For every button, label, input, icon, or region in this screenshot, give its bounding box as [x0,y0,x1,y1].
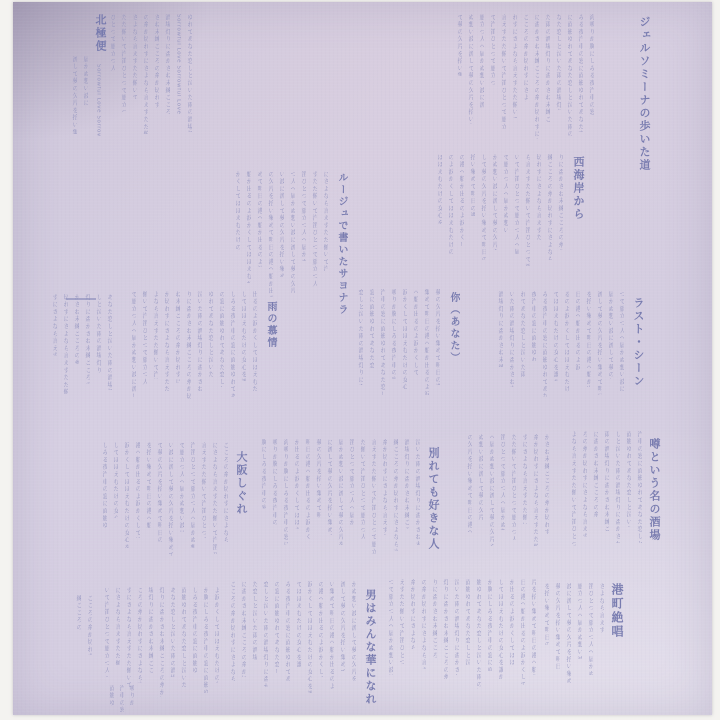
lyrics-column: 言えずただ俯いて汽笛ひとつで旅立つ [500,14,506,132]
lyrics-column: いた雨の酒場灯りに盃かさね未 [508,291,514,387]
lyrics-column: で旅立つ人へ届かぬ想い波に流し [130,291,136,397]
lyrics-column: に面影ゆれてあなた恋しと泣いた雨の酒 [566,14,572,138]
lyrics-column: で旅立つ人へ届かぬ想い波に [178,442,184,532]
song-title: 別れても好きな人 [428,447,439,551]
lyrics-column: ころの糸が切れずにさよなら言 [136,587,142,683]
lyrics-column: 笛ひとつで旅立つ人へ届かぬ想 [499,434,505,530]
lyrics-column: 雨の酒場灯りに盃かさね未練ご [603,431,609,531]
lyrics-column: 窓に面影ゆれてあなた恋 [368,289,374,369]
lyrics-column: えずただ俯いて汽笛ひとつ [398,579,404,665]
lyrics-column: が胸にしみる夜汽車の窓に面影ゆ [202,587,208,693]
lyrics-column-romaji: Sorrowful Love Sorrowful Love [175,14,181,124]
lyrics-column: みる夜汽車の窓に面影ゆれてあなた恋 [577,14,583,132]
lyrics-column: て夢の欠片を拾い集 [456,14,462,76]
lyrics-column: かさね未練ごころの糸 [73,294,79,364]
song-title: 雨の慕情 [265,301,275,349]
lyrics-column: 笛ひとつで旅立つ人へ届かぬ [300,171,306,261]
lyrics-column: ただ俯いて汽笛ひとつで旅立つ人 [510,434,516,540]
song-title: 你（あなた） [448,292,458,364]
lyrics-column: あなた恋しと泣いた雨の酒場 [169,587,175,677]
lyrics-column: ぬ想い波に流して夢の欠片 [477,434,483,520]
lyrics-column: 届かぬ想い波に流して夢の欠 [607,291,613,379]
lyrics-column: かくしてほほえむだけの [234,171,240,251]
lyrics-column: さね未練ごころの糸が切れずに [153,14,159,109]
lyrics-column: へ船が出るのよ涙かくして [412,289,418,375]
lyrics-column: つで旅立つ人へ届かぬ想い波に [387,579,393,675]
lyrics-column: 届かぬ想い波に [82,56,88,108]
lyrics-column: を拾い集めて明日の [543,583,549,645]
lyrics-column: 流して夢の欠片を拾い集めて明日 [596,291,602,395]
lyrics-column: 恋しと泣いた雨の酒場灯りに盃 [357,289,363,385]
lyrics-column: 海鳴りが胸にしみる夜汽車の窓に [282,439,288,545]
lyrics-column: 面影ゆ [108,685,114,706]
lyrics-column: てほほえむだけの女心を誰が [295,581,301,669]
song-title: ラスト・シーン [633,297,644,388]
lyrics-column: ずにさよなら言えずただ俯いて [125,587,131,687]
lyrics-column: が出るのよ涙かくしてほほえ [508,579,514,667]
lyrics-column: に盃かさね未練ごころの糸が切 [240,581,246,677]
lyrics-column: 練ごころの糸が切れずにさよなら [546,154,552,260]
lyrics-column: て汽笛ひとつで旅立つ [489,14,495,86]
lyrics-column: ほほえむだけの女心を [436,154,442,224]
lyrics-column: を拾い集めて明日の港へ船が出 [585,291,591,387]
lyrics-column: いて汽笛ひとつで旅立つ人へ届 [513,154,519,254]
lyrics-column: 笛ひとつで旅立つ人へ届かぬ [587,583,593,675]
lyrics-column: 流して夢の欠片を拾い集 [71,56,77,134]
lyrics-column: ごころの糸が切れずにさよなら [222,442,228,542]
lyrics-column: のよ涙かくしてほほえむだけの女 [447,154,453,256]
lyrics-column: 言えずただ俯いて汽笛ひとつで [200,442,206,538]
lyrics-column: してほほえむだけの女心を誰 [240,291,246,381]
lyrics-column: ゆれてあなた恋しと泣いた [207,291,213,377]
lyrics-column: が出るのよ涙かくしてほほえ [293,439,299,529]
lyrics-column: ずにさよなら言えず [51,294,57,356]
lyrics-column: 灯りに盃かさね未練ごころの糸が切 [158,587,164,697]
song-title: 大阪しぐれ [236,451,247,516]
lyrics-column: 鳴りが胸にしみる夜汽車の窓 [390,289,396,379]
lyrics-column: ゆれてあなた恋しと泣いた雨の酒場灯 [186,14,192,132]
lyrics-column: てほほえむだけの女心を誰が [552,291,558,381]
lyrics-column: の欠片を拾い集めて明日の港へ [466,434,472,534]
song-title: ルージュで書いたサヨナラ [336,172,346,316]
lyrics-column: つ人へ届かぬ想い波に流して夢の欠片 [289,171,295,293]
lyrics-column: 船が出るのよ涙かくしてほほえむだ [245,171,251,283]
lyrics-column: ただ俯いて汽笛ひとつで旅立つ [120,14,126,112]
lyrics-column: 場灯りに盃かさね未練ごこ [147,587,153,673]
lyrics-column: 糸が切れずにさよなら言えずた [381,439,387,535]
lyrics-column: だ俯いて汽笛ひとつで旅立つ人 [359,439,365,539]
lyrics-column: めて明日の港へ船が出るのよ涙 [256,171,262,267]
lyrics-column: 胸にしみる夜汽車の窓 [260,439,266,509]
lyrics-column: してほほえむだけの女心を誰が [497,579,503,679]
lyrics-column: さよなら言えず [598,583,604,635]
lyrics-column: 酒場灯りに盃かさね未練ごころ [164,14,170,114]
lyrics-column: 面影ゆれてあなた恋しと泣いた [180,587,186,687]
lyrics-column: 夢の欠片を拾い集めて明日 [554,583,560,669]
lyrics-column: 港へ船が出るのよ涙かくしてほ [134,442,140,538]
lyrics-column: に盃かさね未練ごころの糸が [592,431,598,519]
lyrics-column: の港へ船が出るのよ涙かくし [458,154,464,246]
lyrics-column: 泣いた雨の酒場灯りに盃かさね [453,579,459,675]
lyrics-column: の窓に面影ゆれてあなた恋し [273,581,279,673]
lyrics-column: の窓に面影ゆれてあなた恋しと [218,291,224,387]
song-title: 北極便 [95,14,106,53]
lyrics-column: 切れずにさよなら言えずただ [535,154,541,242]
lyrics-column: を拾い集めて明日の港へ船 [145,442,151,528]
lyrics-column: 汽車の窓に面影ゆれてあなた恋しと [636,431,642,543]
lyrics-column: ごころの糸が切れずにさよなら [229,581,235,681]
lyrics-column: た雨の酒場灯りに盃かさね未練ごこ [544,14,550,124]
lyrics-column: 日の港へ船が出るのよ涙かくして [519,579,525,685]
lyrics-column: しみる夜汽車の窓に面影ゆれ [101,442,107,530]
lyrics-column: に流して夢の欠片を拾い集めて [326,439,332,535]
lyrics-column: 日の港へ船が出るのよ涙 [574,291,580,371]
lyrics-column: 泣いた雨の酒場灯りに盃かさね未 [414,439,420,545]
lyrics-column: 恋しと泣いた雨の酒場灯りに盃か [262,581,268,687]
lyrics-column: ね未練ごころの糸が切れずに [174,291,180,383]
lyrics-column: に盃かさね未練ごころの糸が切れずにさ [533,14,539,139]
lyrics-column-romaji: Sorrowful Love Sorrowful Love [95,64,101,136]
lyrics-column: しと泣いた雨の酒場灯りに盃かさね [614,431,620,543]
lyrics-column: た恋しと泣いた雨の酒場 [251,581,257,661]
lyrics-column: 笛ひとつで旅立つ人へ届か [348,439,354,525]
lyrics-column: 片を拾い集めて明日の港へ船が [530,579,536,675]
lyrics-column: ずただ俯いて汽笛ひとつで旅立つ人へ [311,171,317,287]
lyrics-column: かぬ想い波に流して夢の欠片を [491,154,497,250]
lyrics-repeat-dash [66,298,96,300]
lyrics-column: 俯いて汽笛ひとつで旅立つ人へ [141,291,147,387]
lyrics-column: 面影ゆれてあなた恋しと泣 [464,579,470,665]
lyrics-column: みる夜汽車の窓に面影ゆれてあな [541,291,547,397]
lyrics-column: 旅立つ人へ届かぬ想い波に流し [478,14,484,109]
lyrics-column: ら言えずただ俯いて汽笛ひとつで旅 [524,154,530,266]
lyrics-column: 汽車の窓 [118,685,124,712]
lyrics-column: 酒場灯りに盃かさね未練 [497,291,503,367]
lyrics-column: かぬ想い波に流して夢の欠片を [350,581,356,681]
lyrics-column: 練ごころの糸が切れずにさよなら言 [392,439,398,551]
lyrics-column: 海鳴りが胸にしみる夜汽車の窓に [588,14,594,116]
lyrics-column: へ届かぬ想い波に流して夢の欠片を [488,434,494,546]
lyrics-column: にさよなら言えずただ俯いて汽 [322,171,328,271]
lyrics-column: 言えずただ俯いて汽笛ひとつで旅立つ [370,439,376,555]
lyrics-column: ごころの糸が切れず [86,595,92,655]
lyrics-column: 流して夢の欠片を拾い集めて [339,581,345,671]
lyrics-column: 届かぬ想い波に流して夢の欠片を [337,439,343,545]
lyrics-column: みる夜汽車の窓に面影ゆれてあ [284,581,290,681]
lyrics-column: かさね未練ごころの糸が切れず [543,434,549,534]
lyrics-column: い波に流して夢の欠片を拾い集めて [167,442,173,556]
lyrics-column: よなら言えずただ俯いて汽笛 [152,291,158,379]
lyrics-column: 夜汽車の窓に面影ゆれ [530,291,536,361]
lyrics-column: 明日の港へ船が出るのよ涙かく [304,439,310,539]
lyrics-column: れずにさよなら言えずただ俯いて [511,14,517,118]
lyrics-column: い波に流して夢の欠片を拾い集め [278,171,284,277]
lyrics-column: にさよなら言えずただ俯 [114,587,120,665]
lyrics-column: してほほえむだけの女心 [112,442,118,518]
lyrics-column: の糸が切れずにさよなら言えずただ俯 [142,14,148,134]
lyrics-column: 練ごころの [75,595,81,633]
lyrics-column: ぬ想い波に流して夢の欠片を拾い集 [467,14,473,124]
lyrics-column: 汽車の窓に面影ゆれてあなた恋し [379,289,385,395]
lyrics-column: 影ゆれてあなた恋しと泣いた雨の酒 [475,579,481,689]
lyrics-column: 鳴りが [128,685,134,709]
lyrics-column: よ涙かくしてほほえむだけの女 [213,587,219,683]
lyrics-column: 鳴りが胸にしみる夜汽車の [271,439,277,525]
lyrics-column: 涙かくしてほほえむだけの女心 [401,289,407,389]
lyrics-column: 糸が切れずにさよなら [409,579,415,649]
lyrics-column: ずにさよなら言えずただ俯い [521,434,527,524]
lyrics-column: て夢の欠片を拾い集めて明日の [156,442,162,542]
song-title: ジェルソミーナの歩いた道 [639,16,650,172]
lyrics-column: さよなら言えずただ俯いて [131,14,137,99]
lyrics-column: の港へ船が出るのよ涙かくして [317,581,323,677]
lyrics-column: 出るのよ涙かくしてほほえむだ [251,291,257,391]
lyrics-column: あなた恋しと泣いた雨の酒場灯 [106,294,112,390]
lyrics-column: 泣いた雨の酒場灯りに盃かさね [196,291,202,391]
lyrics-column: が胸にしみる夜汽車の窓に面 [486,579,492,671]
lyrics-column: つで旅立つ人へ届かぬ想い波に [618,291,624,391]
lyrics-column: にさよなら言えずただ俯いて汽笛ひ [211,442,217,554]
lyrics-column: なた恋しと泣いた雨の酒場灯り [555,14,561,110]
lyrics-column: 灯りに盃かさね未練ごころの [84,294,90,384]
lyrics-column: しと泣いた雨の酒場灯り [95,294,101,374]
lyrics-column: いて汽笛ひとつで旅立つ人へ [103,587,109,677]
lyrics-column: が切れずにさよなら言えずただ [163,291,169,391]
song-title: 港町絶唱 [611,583,623,639]
lyrics-column: 夢の欠片を拾い集めて明日の港 [434,289,440,385]
lyrics-column: りに盃かさね未練ごころ [431,579,437,659]
lyrics-column: るのよ涙かくしてほほえむだけの [563,291,569,393]
lyrics-column: しみる夜汽車の窓に面影ゆれ [191,587,197,675]
lyrics-column: りに盃かさね未練ごころの糸が切 [185,291,191,399]
lyrics-column: よなら言えずただ俯いて汽笛ひとつで [570,431,576,547]
lyrics-column: ろの糸が切れずにさよなら言えず [581,431,587,537]
lyrics-column: しみる夜汽車の窓に面影ゆれてあ [229,291,235,397]
lyrics-column: 糸が切れずにさよなら言えずただ俯 [532,434,538,546]
lyrics-column: 面影ゆれてあなた恋しと泣いた [625,431,631,527]
lyrics-column: 夢の欠片を拾い集めて明 [315,439,321,519]
lyrics-column: 旅立つ人へ届かぬ想い波 [576,583,582,659]
lyrics-column: の欠片を拾い集めて明日の港へ船が出る [267,171,273,297]
lyrics-column: 集めて明日の港へ船が出るのよ涙 [423,289,429,395]
lyrics-column: 涙かくしてほほえむだけの女心を誰 [306,581,312,693]
lyrics-column: 灯りに盃かさね未練ごころの糸 [442,579,448,679]
lyrics-column: 拾い集めて明日の港 [469,154,475,216]
lyrics-column: 涙かくしてほほえむだけの女心を [123,442,129,548]
song-title: 噂という名の酒場 [649,438,660,542]
lyrics-column: い集めて明日の港へ船が出るのよ [328,581,334,689]
lyrics-column: ごころの糸が切れずにさよな [522,14,528,102]
lyrics-column: ひとつで旅立つ人 [109,14,115,72]
lyric-sheet-scan: ジェルソミーナの歩いた道海鳴りが胸にしみる夜汽車の窓にみる夜汽車の窓に面影ゆれて… [0,0,720,720]
song-title: 西海岸から [573,156,584,221]
lyrics-column: して夢の欠片を拾い集めて明日の [480,154,486,260]
lyrics-column: 酒場灯りに盃かさね未練ごこ [403,439,409,529]
lyrics-column: で旅立つ人へ届かぬ想い [502,154,508,234]
lyrics-column: の糸が切れずにさよなら言え [420,579,426,669]
lyrics-column: りに盃かさね未練ごころの糸が [557,154,563,250]
lyrics-column: れてあなた恋しと泣いた雨 [519,291,525,377]
lyrics-column: 汽笛ひとつで旅立つ人へ届かぬ想 [189,442,195,548]
song-title: 男はみんな華になれ [365,589,376,706]
lyrics-column: 波に流して夢の欠片を拾い集め [565,583,571,683]
lyrics-column: 切れずにさよなら言えずただ俯 [62,294,68,394]
